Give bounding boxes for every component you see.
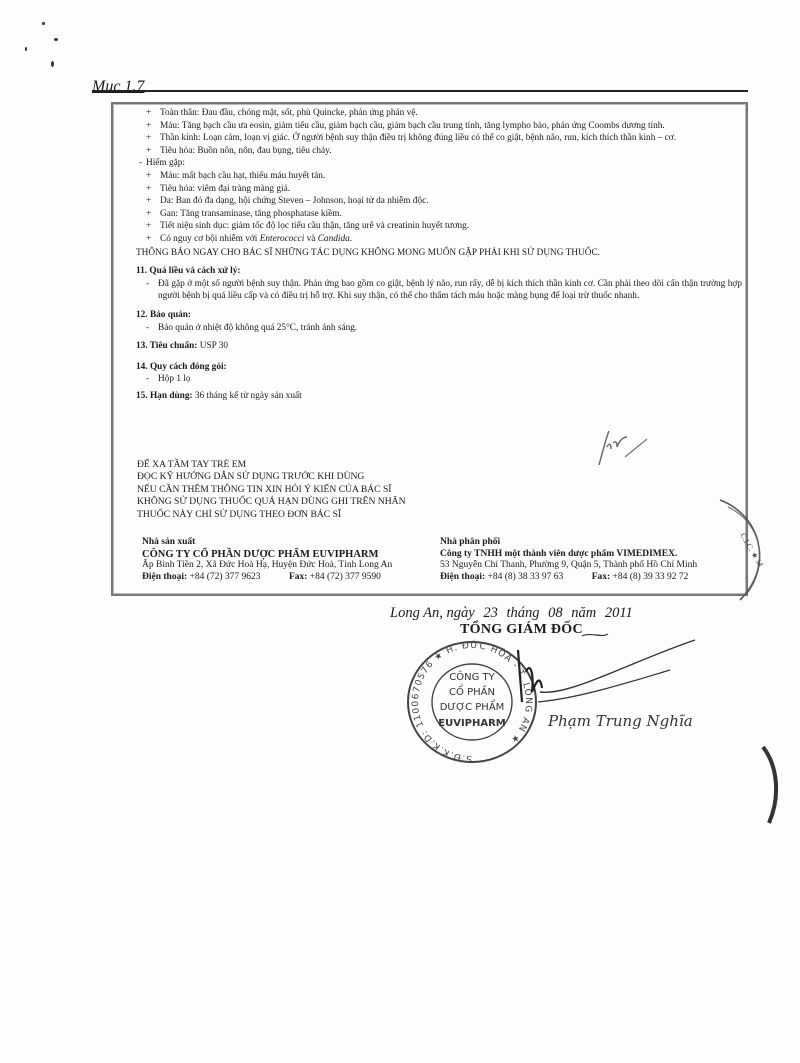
- effect-text: Có nguy cơ bội nhiễm với Enterococci và …: [160, 234, 352, 244]
- effect-item: +Da: Ban đỏ đa dạng, hội chứng Steven – …: [136, 195, 742, 208]
- section-14-title: 14. Quy cách đóng gói:: [136, 361, 742, 374]
- rare-heading: - Hiếm gặp:: [136, 157, 742, 170]
- distributor-name: Công ty TNHH một thành viên dược phẩm VI…: [440, 549, 697, 561]
- bullet-marker: +: [146, 132, 151, 145]
- scan-speck: [54, 38, 58, 41]
- common-effects-list: +Toàn thân: Đau đầu, chóng mặt, sốt, phù…: [136, 107, 742, 157]
- section-14-text: - Hộp 1 lọ: [136, 373, 742, 386]
- effect-item: +Toàn thân: Đau đầu, chóng mặt, sốt, phù…: [136, 107, 742, 120]
- rare-effects-list: +Máu: mất bạch cầu hạt, thiếu máu huyết …: [136, 170, 742, 246]
- section-11-text: - Đã gặp ở một số người bệnh suy thận. P…: [136, 278, 742, 303]
- effect-item: +Có nguy cơ bội nhiễm với Enterococci và…: [136, 233, 742, 246]
- bullet-marker: +: [146, 220, 151, 233]
- svg-text:DƯỢC PHẨM: DƯỢC PHẨM: [440, 699, 505, 713]
- svg-text:C.I.C. ★ M: C.I.C. ★ M: [738, 532, 765, 569]
- scan-speck: [42, 22, 45, 25]
- bullet-marker: +: [146, 233, 151, 246]
- section-12-text: - Bảo quản ở nhiệt độ không quá 25°C, tr…: [136, 322, 742, 335]
- effect-text: Tiết niệu sinh dục: giảm tốc độ lọc tiểu…: [160, 221, 469, 231]
- warning-line: ĐỌC KỸ HƯỚNG DẪN SỬ DỤNG TRƯỚC KHI DÙNG: [137, 471, 406, 483]
- initials-signature: [595, 425, 665, 470]
- section-15: 15. Hạn dùng: 36 tháng kể từ ngày sản xu…: [136, 390, 742, 403]
- partial-stamp-arc: [755, 745, 795, 825]
- effect-text: Gan: Tăng transaminase, tăng phosphatase…: [160, 209, 342, 219]
- effect-item: +Gan: Tăng transaminase, tăng phosphatas…: [136, 208, 742, 221]
- header-rule: [92, 90, 748, 92]
- effect-item: +Thần kinh: Loạn cảm, loạn vị giác. Ở ng…: [136, 132, 742, 145]
- manufacturer-block: Nhà sản xuất CÔNG TY CỔ PHẦN DƯỢC PHẨM E…: [142, 537, 392, 583]
- warning-line: KHÔNG SỬ DỤNG THUỐC QUÁ HẠN DÙNG GHI TRÊ…: [137, 496, 406, 508]
- bullet-marker: +: [146, 170, 151, 183]
- effect-item: +Máu: mất bạch cầu hạt, thiếu máu huyết …: [136, 170, 742, 183]
- manufacturer-label: Nhà sản xuất: [142, 537, 392, 549]
- section-heading: Muc 1.7: [92, 78, 144, 96]
- effect-text: Toàn thân: Đau đầu, chóng mặt, sốt, phù …: [160, 108, 418, 118]
- warnings-block: ĐỂ XA TẦM TAY TRẺ EM ĐỌC KỸ HƯỚNG DẪN SỬ…: [137, 459, 406, 521]
- warning-line: ĐỂ XA TẦM TAY TRẺ EM: [137, 459, 406, 471]
- effect-text: Thần kinh: Loạn cảm, loạn vị giác. Ở ngư…: [160, 133, 676, 143]
- signer-name: Phạm Trung Nghĩa: [548, 712, 693, 730]
- signature-date: Long An, ngày 23 tháng 08 năm 2011: [390, 605, 638, 622]
- warning-line: THUỐC NÀY CHỈ SỬ DỤNG THEO ĐƠN BÁC SĨ: [137, 509, 406, 521]
- bullet-marker: +: [146, 208, 151, 221]
- effect-item: +Tiêu hóa: Buồn nôn, nôn, đau bụng, tiêu…: [136, 145, 742, 158]
- distributor-contact: Điện thoại: +84 (8) 38 33 97 63 Fax: +84…: [440, 572, 697, 584]
- section-11-title: 11. Quá liều và cách xử lý:: [136, 265, 742, 278]
- manufacturer-contact: Điện thoại: +84 (72) 377 9623 Fax: +84 (…: [142, 572, 392, 584]
- svg-text:CỔ PHẦN: CỔ PHẦN: [449, 683, 495, 698]
- manufacturer-name: CÔNG TY CỔ PHẦN DƯỢC PHẨM EUVIPHARM: [142, 549, 392, 561]
- effect-text: Máu: mất bạch cầu hạt, thiếu máu huyết t…: [160, 171, 325, 181]
- effect-text: Tiêu hóa: Buồn nôn, nôn, đau bụng, tiêu …: [160, 146, 332, 156]
- svg-text:CÔNG TY: CÔNG TY: [449, 670, 495, 683]
- scan-speck: [25, 47, 27, 51]
- effect-item: +Tiết niệu sinh dục: giảm tốc độ lọc tiể…: [136, 220, 742, 233]
- effect-item: +Máu: Tăng bạch cầu ưa eosin, giảm tiểu …: [136, 120, 742, 133]
- manufacturer-address: Ấp Bình Tiền 2, Xã Đức Hoà Hạ, Huyện Đức…: [142, 560, 392, 572]
- scan-speck: [51, 61, 54, 67]
- bullet-marker: +: [146, 183, 151, 196]
- effect-text: Da: Ban đỏ đa dạng, hội chứng Steven – J…: [160, 196, 429, 206]
- effect-text: Tiêu hóa: viêm đại tràng màng giả.: [160, 184, 290, 194]
- effect-item: +Tiêu hóa: viêm đại tràng màng giả.: [136, 183, 742, 196]
- warning-line: NẾU CẦN THÊM THÔNG TIN XIN HỎI Ý KIẾN CỦ…: [137, 484, 406, 496]
- section-12-title: 12. Bảo quản:: [136, 309, 742, 322]
- bullet-marker: +: [146, 120, 151, 133]
- svg-text:EUVIPHARM: EUVIPHARM: [438, 718, 506, 729]
- distributor-label: Nhà phân phối: [440, 537, 697, 549]
- document-body: +Toàn thân: Đau đầu, chóng mặt, sốt, phù…: [136, 107, 742, 402]
- distributor-stamp: C.I.C. ★ M: [700, 495, 800, 605]
- bullet-marker: +: [146, 145, 151, 158]
- bullet-marker: +: [146, 107, 151, 120]
- distributor-block: Nhà phân phối Công ty TNHH một thành viê…: [440, 537, 697, 583]
- effect-text: Máu: Tăng bạch cầu ưa eosin, giảm tiểu c…: [160, 121, 665, 131]
- adverse-notice: THÔNG BÁO NGAY CHO BÁC SĨ NHỮNG TÁC DỤNG…: [136, 247, 742, 260]
- distributor-address: 53 Nguyễn Chí Thanh, Phường 9, Quận 5, T…: [440, 560, 697, 572]
- section-13: 13. Tiêu chuẩn: USP 30: [136, 340, 742, 353]
- bullet-marker: +: [146, 195, 151, 208]
